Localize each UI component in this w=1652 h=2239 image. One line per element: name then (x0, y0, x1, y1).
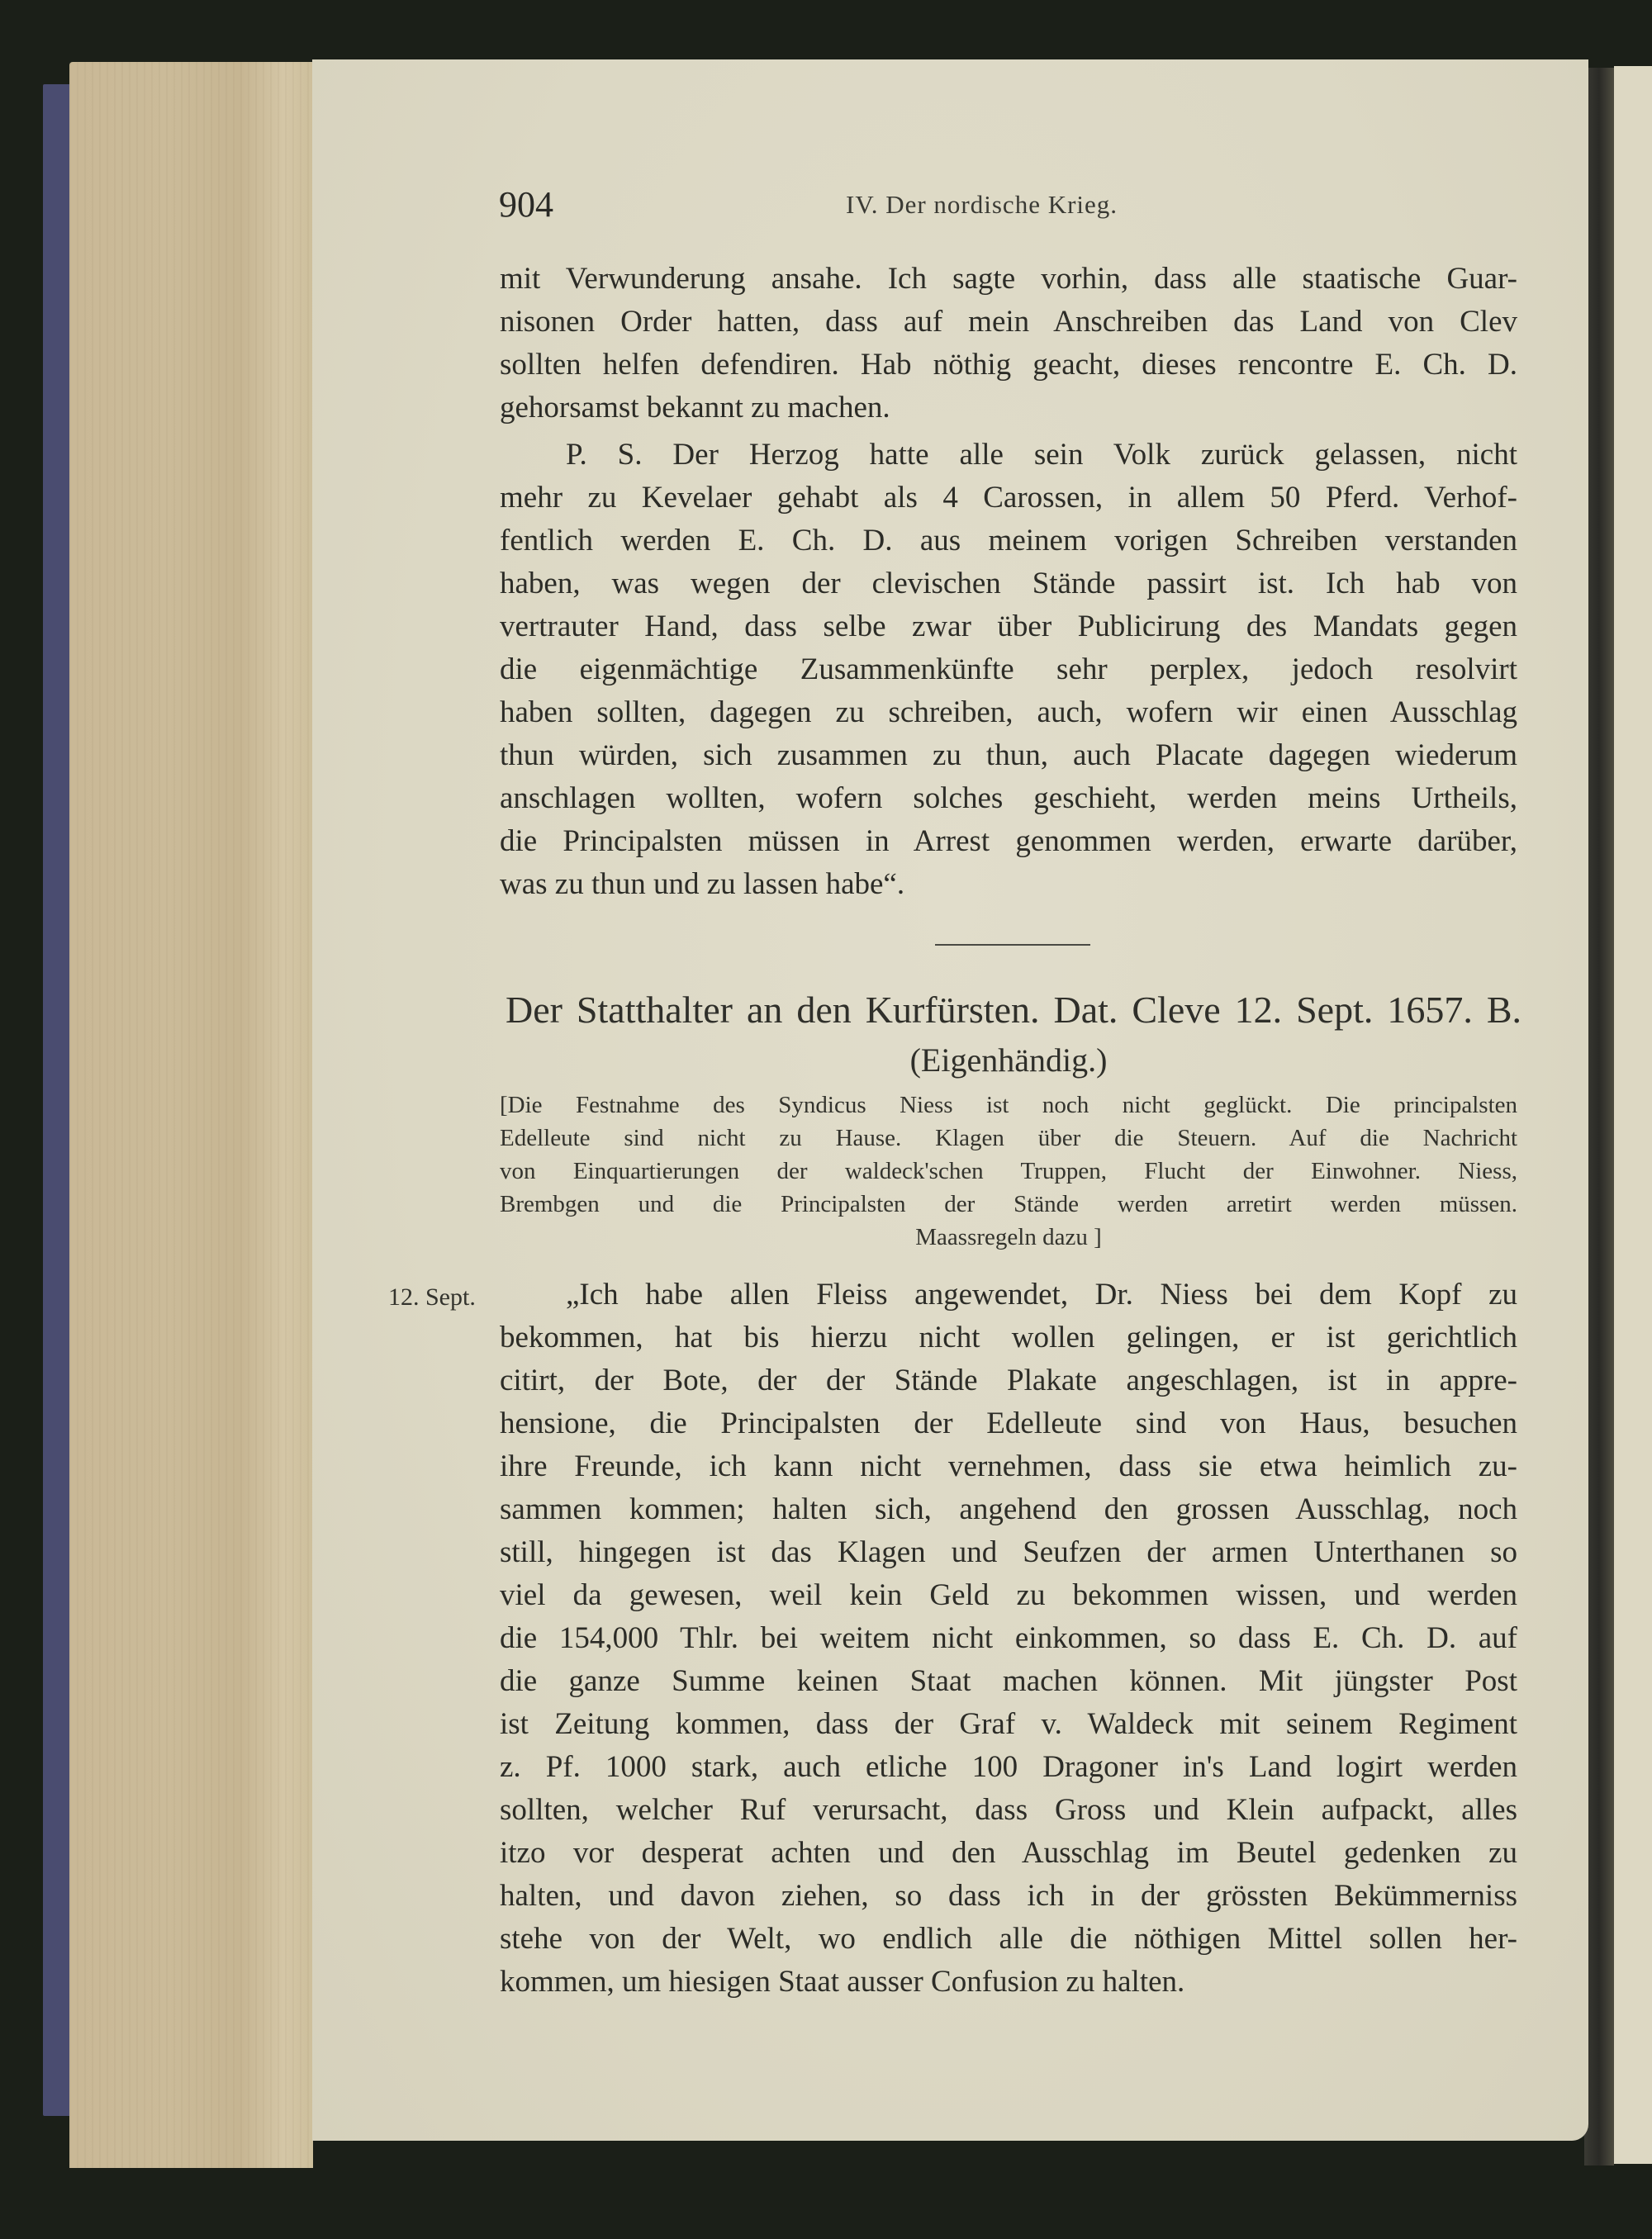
text-line: die Principalsten müssen in Arrest genom… (500, 820, 1517, 863)
summary-line: Edelleute sind nicht zu Hause. Klagen üb… (500, 1122, 1517, 1155)
text-line: stehe von der Welt, wo endlich alle die … (500, 1918, 1517, 1961)
text-line: ihre Freunde, ich kann nicht vernehmen, … (500, 1445, 1517, 1488)
text-line: mehr zu Kevelaer gehabt als 4 Carossen, … (500, 477, 1517, 519)
page-number: 904 (499, 183, 553, 225)
text-line: die ganze Summe keinen Staat machen könn… (500, 1660, 1517, 1703)
text-line: thun würden, sich zusammen zu thun, auch… (500, 734, 1517, 777)
letter-continuation: mit Verwunderung ansahe. Ich sagte vorhi… (500, 258, 1517, 429)
text-line: „Ich habe allen Fleiss angewendet, Dr. N… (500, 1274, 1517, 1316)
document-subheading: (Eigenhändig.) (500, 1041, 1517, 1079)
page-stack-edge (69, 62, 313, 2168)
text-line: die eigenmächtige Zusammenkünfte sehr pe… (500, 648, 1517, 691)
text-line: bekommen, hat bis hierzu nicht wollen ge… (500, 1316, 1517, 1359)
text-line: P. S. Der Herzog hatte alle sein Volk zu… (500, 434, 1517, 477)
book-gutter (1584, 68, 1614, 2165)
summary-line: Maassregeln dazu ] (500, 1221, 1517, 1254)
margin-date: 12. Sept. (388, 1283, 476, 1312)
text-line: nisonen Order hatten, dass auf mein Ansc… (500, 301, 1517, 344)
section-divider (935, 944, 1090, 946)
text-line: hensione, die Principalsten der Edelleut… (500, 1402, 1517, 1445)
text-line: sammen kommen; halten sich, angehend den… (500, 1488, 1517, 1531)
text-line: sollten helfen defendiren. Hab nöthig ge… (500, 344, 1517, 387)
text-line: mit Verwunderung ansahe. Ich sagte vorhi… (500, 258, 1517, 301)
summary-line: [Die Festnahme des Syndicus Niess ist no… (500, 1089, 1517, 1122)
text-line: ist Zeitung kommen, dass der Graf v. Wal… (500, 1703, 1517, 1746)
summary-line: von Einquartierungen der waldeck'schen T… (500, 1155, 1517, 1188)
text-line: anschlagen wollten, wofern solches gesch… (500, 777, 1517, 820)
text-line: viel da gewesen, weil kein Geld zu bekom… (500, 1574, 1517, 1617)
document-summary: [Die Festnahme des Syndicus Niess ist no… (500, 1089, 1517, 1254)
text-line: haben sollten, dagegen zu schreiben, auc… (500, 691, 1517, 734)
text-line: still, hingegen ist das Klagen und Seufz… (500, 1531, 1517, 1574)
text-line: itzo vor desperat achten und den Ausschl… (500, 1832, 1517, 1875)
text-line: halten, und davon ziehen, so dass ich in… (500, 1875, 1517, 1918)
postscript: P. S. Der Herzog hatte alle sein Volk zu… (500, 434, 1517, 906)
chapter-title: IV. Der nordische Krieg. (846, 190, 1118, 220)
text-line: was zu thun und zu lassen habe“. (500, 863, 1517, 906)
text-line: z. Pf. 1000 stark, auch etliche 100 Drag… (500, 1746, 1517, 1789)
document-heading: Der Statthalter an den Kurfürsten. Dat. … (506, 988, 1521, 1032)
facing-page-edge (1614, 66, 1652, 2164)
text-line: kommen, um hiesigen Staat ausser Confusi… (500, 1961, 1517, 2004)
running-head: 904 IV. Der nordische Krieg. (499, 183, 1531, 233)
text-line: fentlich werden E. Ch. D. aus meinem vor… (500, 519, 1517, 562)
text-line: die 154,000 Thlr. bei weitem nicht einko… (500, 1617, 1517, 1660)
document-body: „Ich habe allen Fleiss angewendet, Dr. N… (500, 1274, 1517, 2004)
summary-line: Brembgen und die Principalsten der Ständ… (500, 1188, 1517, 1221)
text-line: sollten, welcher Ruf verursacht, dass Gr… (500, 1789, 1517, 1832)
text-line: haben, was wegen der clevischen Stände p… (500, 562, 1517, 605)
text-line: citirt, der Bote, der der Stände Plakate… (500, 1359, 1517, 1402)
text-line: vertrauter Hand, dass selbe zwar über Pu… (500, 605, 1517, 648)
text-line: gehorsamst bekannt zu machen. (500, 387, 1517, 429)
